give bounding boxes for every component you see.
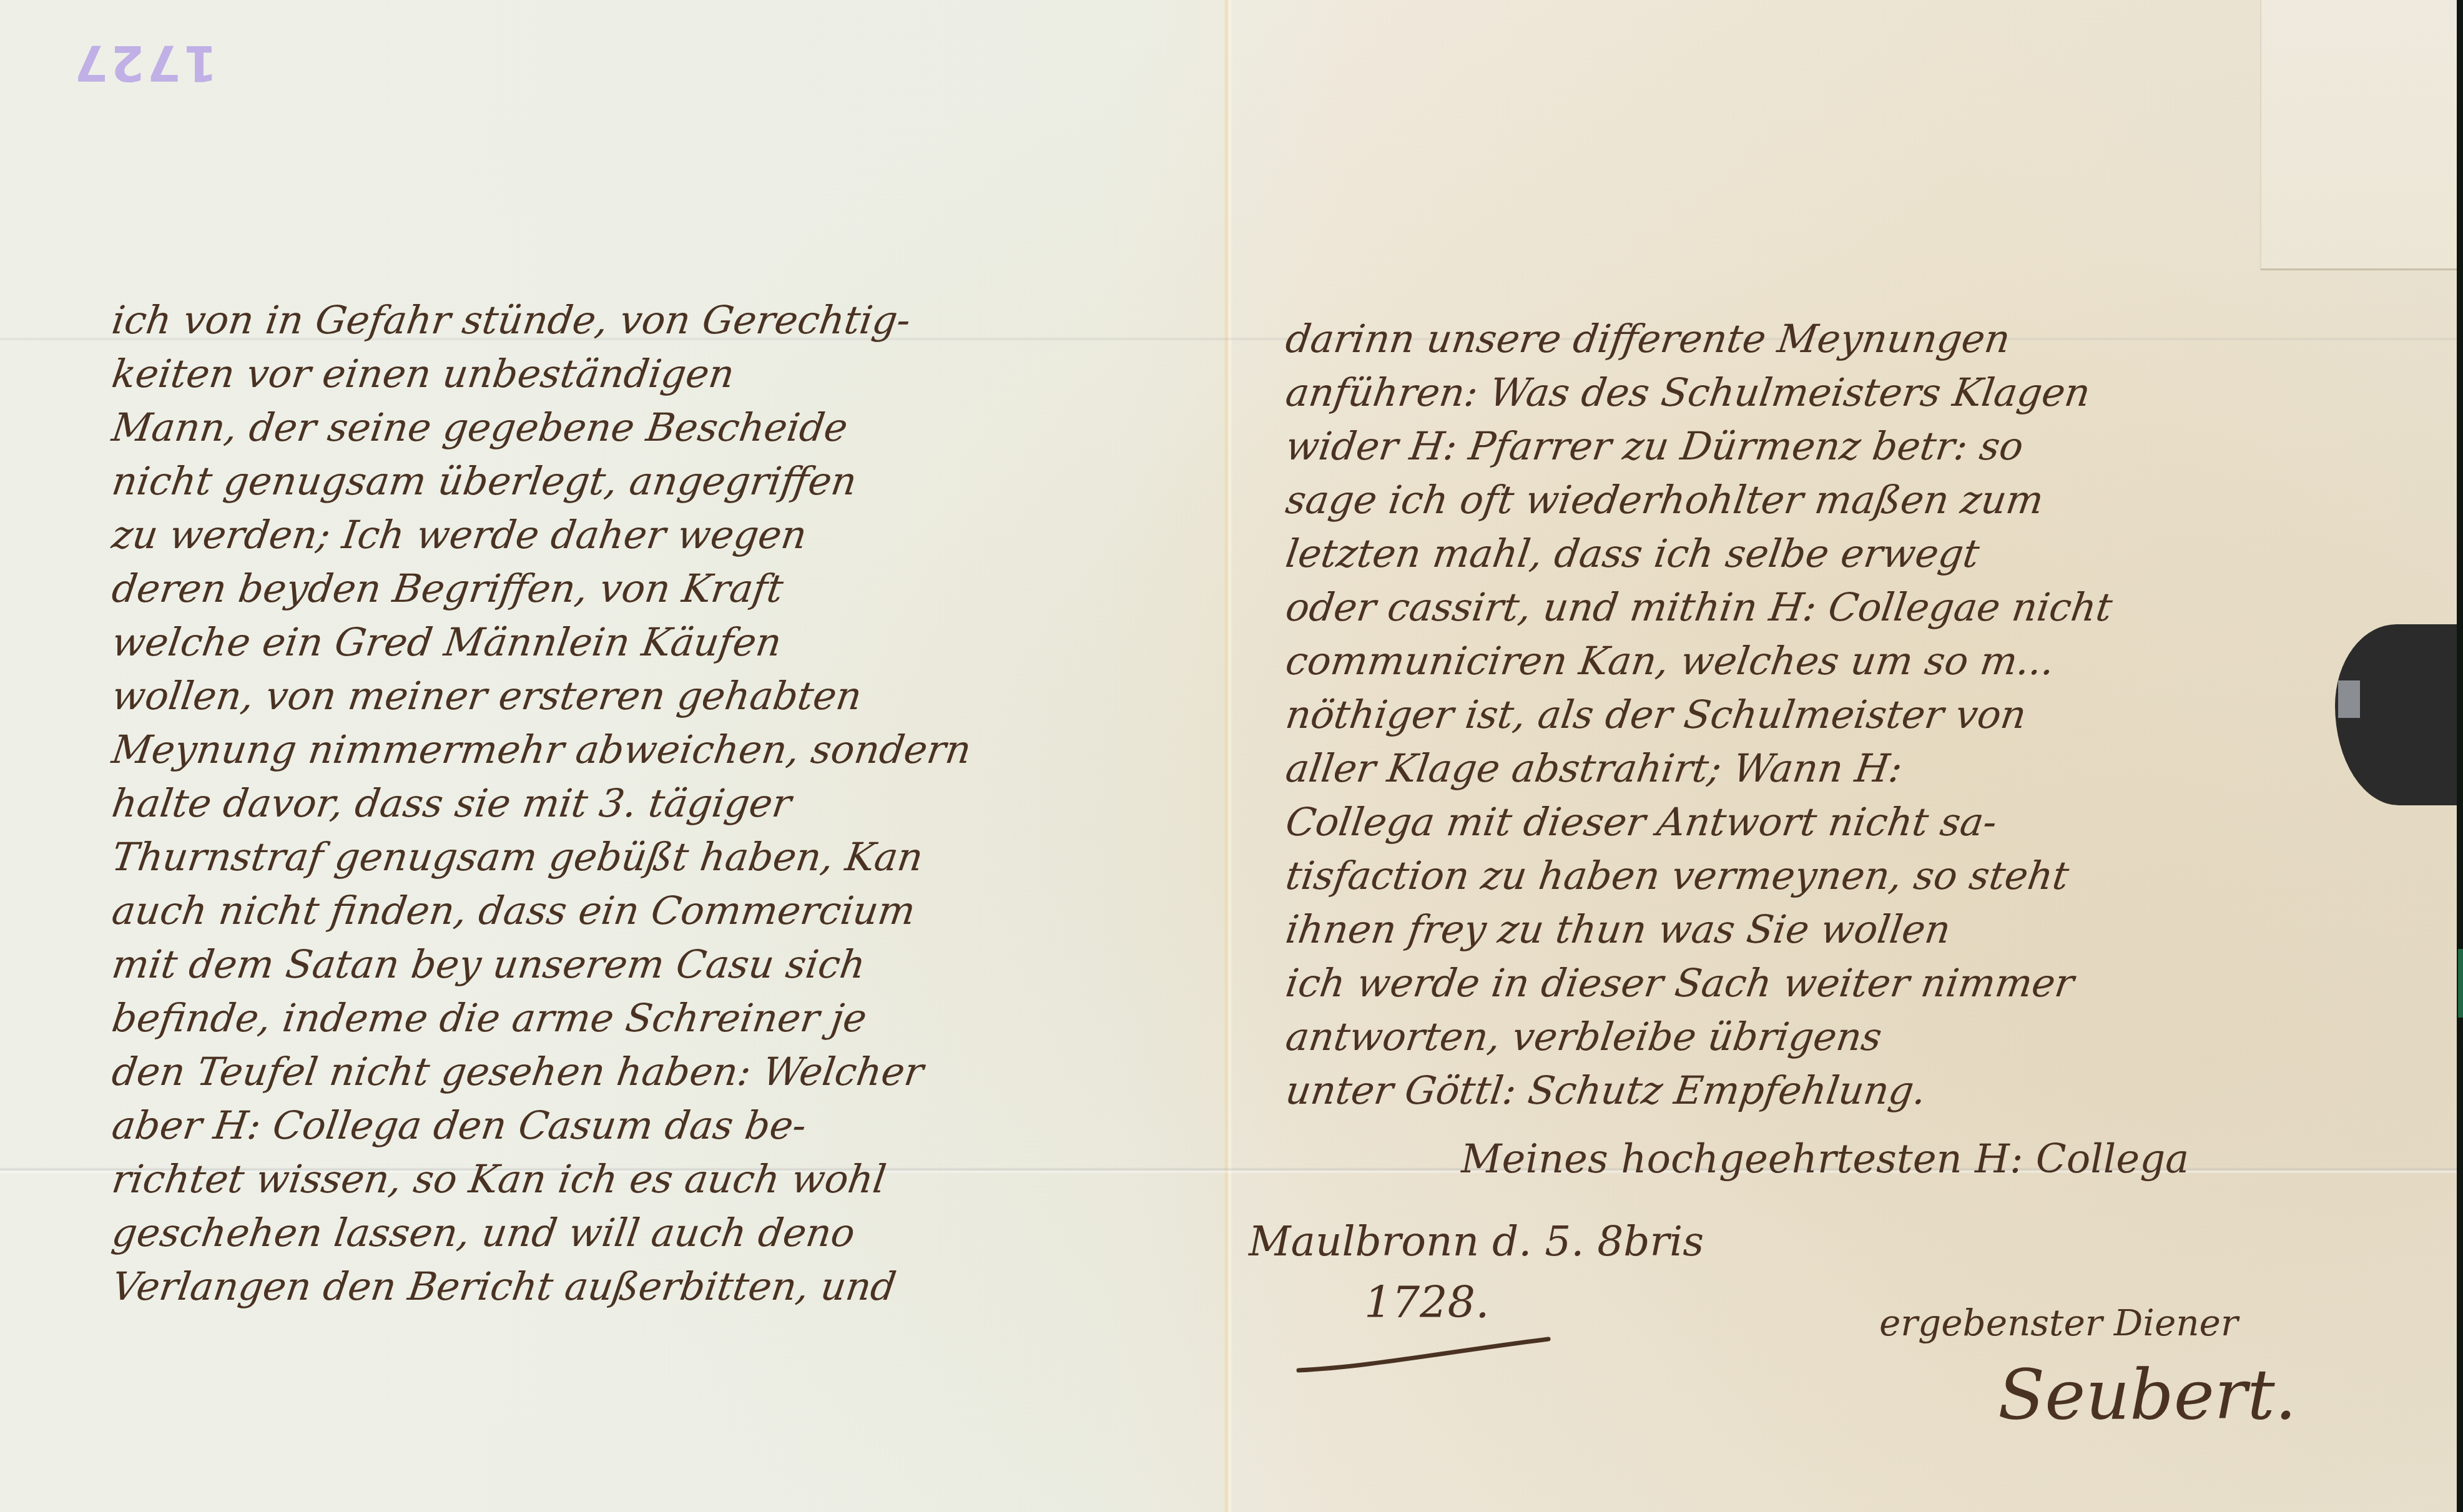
- scan-background-green-mark: [2458, 949, 2463, 1018]
- text-line: aller Klage abstrahirt; Wann H:: [1282, 742, 2401, 795]
- text-line: wollen, von meiner ersteren gehabten: [109, 669, 1227, 723]
- text-line: ich von in Gefahr stünde, von Gerechtig-: [109, 293, 1227, 347]
- text-line: Collega mit dieser Antwort nicht sa-: [1282, 795, 2401, 849]
- text-line: unter Göttl: Schutz Empfehlung.: [1282, 1064, 2401, 1117]
- place-date-line: Maulbronn d. 5. 8bris: [1249, 1217, 1704, 1265]
- text-line: halte davor, dass sie mit 3. tägiger: [109, 777, 1227, 830]
- signature: Seubert.: [1998, 1355, 2297, 1435]
- text-line: geschehen lassen, und will auch deno: [109, 1206, 1227, 1260]
- pen-flourish-icon: [1292, 1336, 1555, 1373]
- text-line: welche ein Gred Männlein Käufen: [109, 616, 1227, 669]
- scan-background-edge: [2457, 0, 2463, 1512]
- text-line: mit dem Satan bey unserem Casu sich: [109, 938, 1227, 991]
- text-line: darinn unsere differente Meynungen: [1282, 312, 2401, 366]
- text-line: Thurnstraf genugsam gebüßt haben, Kan: [109, 830, 1227, 884]
- text-line: sage ich oft wiederhohlter maßen zum: [1282, 473, 2401, 527]
- text-line: wider H: Pfarrer zu Dürmenz betr: so: [1282, 420, 2401, 473]
- letter-page: 1727 ich von in Gefahr stünde, von Gerec…: [0, 0, 2457, 1512]
- text-line: keiten vor einen unbeständigen: [109, 347, 1227, 401]
- text-line: communiciren Kan, welches um so m...: [1282, 634, 2401, 688]
- text-line: ihnen frey zu thun was Sie wollen: [1282, 903, 2401, 956]
- text-line: tisfaction zu haben vermeynen, so steht: [1282, 849, 2401, 903]
- archive-number-mark: 1727: [72, 34, 217, 91]
- text-line: befinde, indeme die arme Schreiner je: [109, 991, 1227, 1045]
- center-fold: [1224, 0, 1232, 1512]
- text-line: antworten, verbleibe übrigens: [1282, 1010, 2401, 1064]
- valediction: ergebenster Diener: [1879, 1302, 2238, 1344]
- left-text-column: ich von in Gefahr stünde, von Gerechtig-…: [112, 293, 1224, 1313]
- right-text-column: darinn unsere differente Meynungen anfüh…: [1286, 312, 2397, 1117]
- text-line: nicht genugsam überlegt, angegriffen: [109, 454, 1227, 508]
- text-line: letzten mahl, dass ich selbe erwegt: [1282, 527, 2401, 581]
- text-line: anführen: Was des Schulmeisters Klagen: [1282, 366, 2401, 420]
- year-line: 1728.: [1364, 1277, 1489, 1328]
- text-line: Meynung nimmermehr abweichen, sondern: [109, 723, 1227, 777]
- folded-flap: [2260, 0, 2458, 270]
- text-line: auch nicht finden, dass ein Commercium: [109, 884, 1227, 938]
- text-line: Verlangen den Bericht außerbitten, und: [109, 1260, 1227, 1313]
- torn-hole-backing: [2338, 680, 2360, 718]
- text-line: nöthiger ist, als der Schulmeister von: [1282, 688, 2401, 742]
- text-line: Mann, der seine gegebene Bescheide: [109, 401, 1227, 454]
- text-line: zu werden; Ich werde daher wegen: [109, 508, 1227, 562]
- text-line: aber H: Collega den Casum das be-: [109, 1099, 1227, 1152]
- text-line: deren beyden Begriffen, von Kraft: [109, 562, 1227, 616]
- text-line: oder cassirt, und mithin H: Collegae nic…: [1282, 581, 2401, 634]
- text-line: ich werde in dieser Sach weiter nimmer: [1282, 956, 2401, 1010]
- closing-salutation: Meines hochgeehrtesten H: Collega: [1461, 1136, 2189, 1182]
- text-line: richtet wissen, so Kan ich es auch wohl: [109, 1152, 1227, 1206]
- text-line: den Teufel nicht gesehen haben: Welcher: [109, 1045, 1227, 1099]
